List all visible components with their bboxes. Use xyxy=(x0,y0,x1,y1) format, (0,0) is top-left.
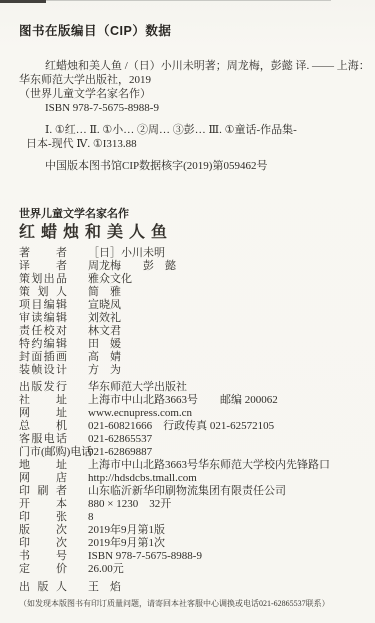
cip-header: 图书在版编目（CIP）数据 xyxy=(19,24,365,38)
printing-label: 印次 xyxy=(19,537,67,550)
publishing-label: 社址 xyxy=(19,394,67,407)
printing-value: 880 × 1230 32开 xyxy=(88,498,171,511)
credit-label: 项目编辑 xyxy=(19,299,67,312)
publishing-value: http://hdsdcbs.tmall.com xyxy=(88,472,197,485)
credit-label: 策划人 xyxy=(19,286,67,299)
copyright-page: 图书在版编目（CIP）数据 红蜡烛和美人鱼 /（日）小川未明著；周龙梅，彭懿 译… xyxy=(0,0,375,623)
credits-list: 著者 ［日］小川未明 译者 周龙梅 彭 懿 策划出品 雅众文化 策划人 简 雅 … xyxy=(19,247,365,377)
printing-label: 印张 xyxy=(19,511,67,524)
publishing-label: 地址 xyxy=(19,459,67,472)
quality-notice: （如发现本版图书有印订质量问题，请寄回本社客服中心调换或电话021-628655… xyxy=(19,598,365,609)
publishing-label: 网址 xyxy=(19,407,67,420)
publishing-value: 上海市中山北路3663号华东师范大学校内先锋路口 xyxy=(88,459,330,472)
publishing-value: 上海市中山北路3663号 邮编 200062 xyxy=(88,394,278,407)
credit-label: 装帧设计 xyxy=(19,364,67,377)
cip-record-number: 中国版本图书馆CIP数据核字(2019)第059462号 xyxy=(19,159,365,173)
publishing-row: 网店 http://hdsdcbs.tmall.com xyxy=(19,472,365,485)
publishing-value: 021-62869887 xyxy=(88,446,152,459)
publishing-value: 021-62865537 xyxy=(88,433,152,446)
publishing-row: 地址 上海市中山北路3663号华东师范大学校内先锋路口 xyxy=(19,459,365,472)
credit-row: 特约编辑 田 媛 xyxy=(19,338,365,351)
credit-row: 装帧设计 方 为 xyxy=(19,364,365,377)
credit-value: 高 婧 xyxy=(88,351,121,364)
book-title: 红蜡烛和美人鱼 xyxy=(19,223,365,243)
credit-value: 简 雅 xyxy=(88,286,121,299)
publishing-row: 门市(邮购)电话 021-62869887 xyxy=(19,446,365,459)
printing-row: 印刷者 山东临沂新华印刷物流集团有限责任公司 xyxy=(19,485,365,498)
credit-value: 刘效礼 xyxy=(88,312,121,325)
publisher-label: 出版人 xyxy=(19,581,67,594)
credit-label: 译者 xyxy=(19,260,67,273)
publishing-row: 客服电话 021-62865537 xyxy=(19,433,365,446)
printing-value: 2019年9月第1次 xyxy=(88,537,165,550)
publishing-value: www.ecnupress.com.cn xyxy=(88,407,192,420)
cip-entry-block: 红蜡烛和美人鱼 /（日）小川未明著；周龙梅，彭懿 译. —— 上海： 华东师范大… xyxy=(19,59,365,115)
credit-value: 宣晓凤 xyxy=(88,299,121,312)
printing-value: 2019年9月第1版 xyxy=(88,524,165,537)
printing-label: 印刷者 xyxy=(19,485,67,498)
cip-classification-block: Ⅰ. ①红… Ⅱ. ①小… ②周… ③彭… Ⅲ. ①童话-作品集- 日本-现代 … xyxy=(19,123,365,151)
printing-label: 开本 xyxy=(19,498,67,511)
publishing-label: 客服电话 xyxy=(19,433,67,446)
credit-row: 审读编辑 刘效礼 xyxy=(19,312,365,325)
printing-label: 书号 xyxy=(19,550,67,563)
publishing-row: 网址 www.ecnupress.com.cn xyxy=(19,407,365,420)
cip-entry-line2: 华东师范大学出版社，2019 xyxy=(19,73,365,87)
publishing-value: 华东师范大学出版社 xyxy=(88,381,187,394)
printing-label: 版次 xyxy=(19,524,67,537)
credit-value: 方 为 xyxy=(88,364,121,377)
printing-row: 印张 8 xyxy=(19,511,365,524)
credit-row: 译者 周龙梅 彭 懿 xyxy=(19,260,365,273)
credit-label: 策划出品 xyxy=(19,273,67,286)
classification-line2: 日本-现代 Ⅳ. ①I313.88 xyxy=(26,137,365,151)
publisher-row: 出版人 王 焰 xyxy=(19,581,365,594)
printing-row: 定价 26.00元 xyxy=(19,563,365,576)
printing-row: 开本 880 × 1230 32开 xyxy=(19,498,365,511)
publishing-value: 021-60821666 行政传真 021-62572105 xyxy=(88,420,274,433)
credit-value: 林文君 xyxy=(88,325,121,338)
printing-row: 版次 2019年9月第1版 xyxy=(19,524,365,537)
printing-value: 26.00元 xyxy=(88,563,124,576)
credit-label: 责任校对 xyxy=(19,325,67,338)
credit-label: 封面插画 xyxy=(19,351,67,364)
printing-value: 8 xyxy=(88,511,94,524)
publishing-label: 网店 xyxy=(19,472,67,485)
publisher-value: 王 焰 xyxy=(88,581,121,594)
credit-label: 特约编辑 xyxy=(19,338,67,351)
credit-value: 雅众文化 xyxy=(88,273,132,286)
printing-value: ISBN 978-7-5675-8988-9 xyxy=(88,550,202,563)
credit-row: 封面插画 高 婧 xyxy=(19,351,365,364)
publishing-row: 出版发行 华东师范大学出版社 xyxy=(19,381,365,394)
cip-entry-isbn: ISBN 978-7-5675-8988-9 xyxy=(19,101,365,115)
credit-row: 著者 ［日］小川未明 xyxy=(19,247,365,260)
publishing-list: 出版发行 华东师范大学出版社 社址 上海市中山北路3663号 邮编 200062… xyxy=(19,381,365,485)
credit-row: 项目编辑 宣晓凤 xyxy=(19,299,365,312)
classification-line1: Ⅰ. ①红… Ⅱ. ①小… ②周… ③彭… Ⅲ. ①童话-作品集- xyxy=(19,123,365,137)
credit-label: 著者 xyxy=(19,247,67,260)
publishing-label: 总机 xyxy=(19,420,67,433)
printing-value: 山东临沂新华印刷物流集团有限责任公司 xyxy=(88,485,286,498)
credit-value: 周龙梅 彭 懿 xyxy=(88,260,176,273)
series-title: 世界儿童文学名家名作 xyxy=(19,207,365,221)
publishing-label: 门市(邮购)电话 xyxy=(19,446,67,459)
printing-row: 书号 ISBN 978-7-5675-8988-9 xyxy=(19,550,365,563)
credit-row: 责任校对 林文君 xyxy=(19,325,365,338)
credit-value: 田 媛 xyxy=(88,338,121,351)
cip-entry-line3: （世界儿童文学名家名作） xyxy=(19,87,365,101)
credit-label: 审读编辑 xyxy=(19,312,67,325)
publishing-label: 出版发行 xyxy=(19,381,67,394)
credit-row: 策划出品 雅众文化 xyxy=(19,273,365,286)
publishing-row: 总机 021-60821666 行政传真 021-62572105 xyxy=(19,420,365,433)
credit-row: 策划人 简 雅 xyxy=(19,286,365,299)
cip-entry-line1: 红蜡烛和美人鱼 /（日）小川未明著；周龙梅，彭懿 译. —— 上海： xyxy=(19,59,365,73)
printing-label: 定价 xyxy=(19,563,67,576)
scan-edge-artifact xyxy=(0,0,46,3)
publishing-row: 社址 上海市中山北路3663号 邮编 200062 xyxy=(19,394,365,407)
scan-edge-line xyxy=(46,0,331,1)
credit-value: ［日］小川未明 xyxy=(88,247,165,260)
printing-row: 印次 2019年9月第1次 xyxy=(19,537,365,550)
printing-list: 印刷者 山东临沂新华印刷物流集团有限责任公司 开本 880 × 1230 32开… xyxy=(19,485,365,576)
